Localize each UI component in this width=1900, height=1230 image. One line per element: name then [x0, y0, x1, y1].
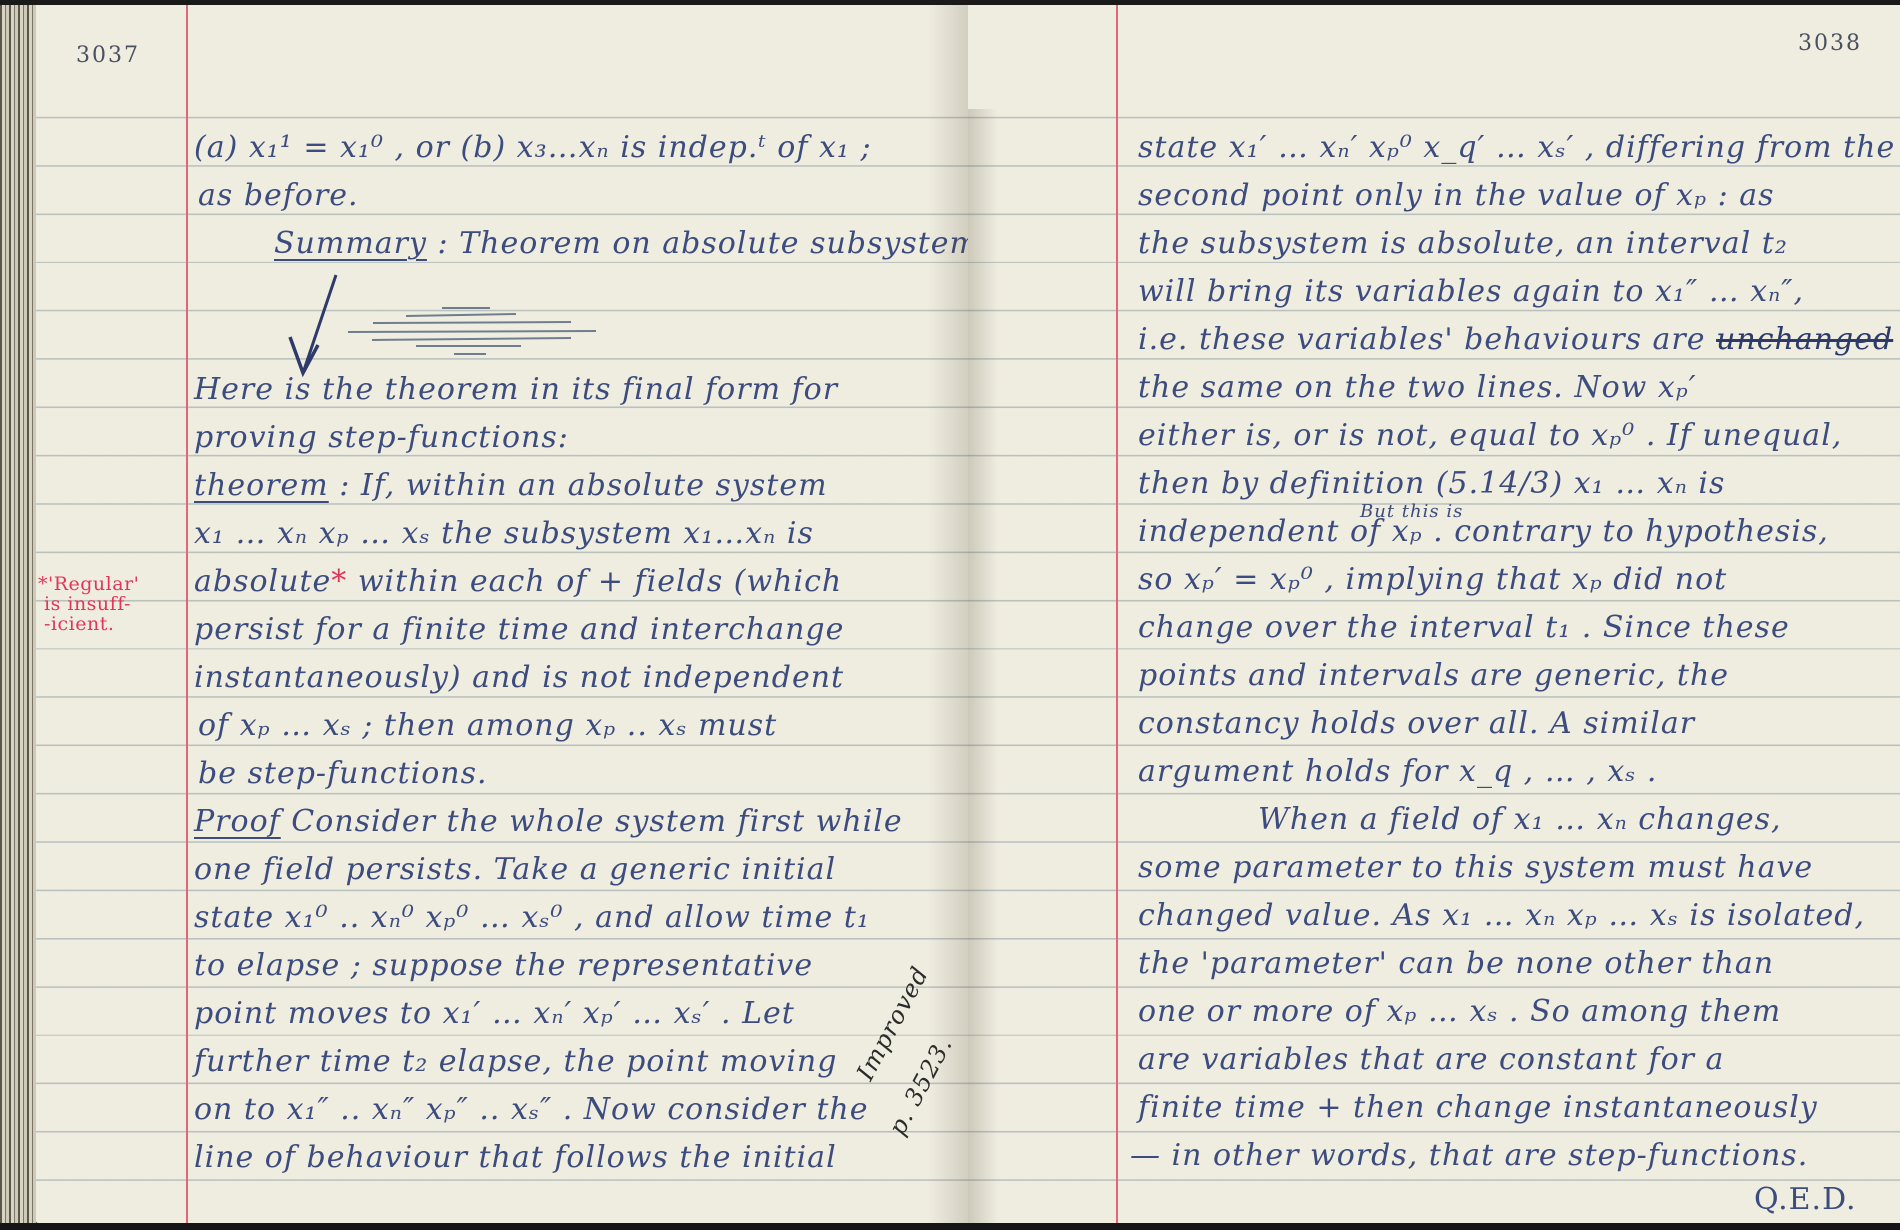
text-line: state x₁⁰ .. xₙ⁰ xₚ⁰ … xₛ⁰ , and allow t…	[194, 903, 870, 933]
theorem-heading: theorem	[194, 468, 329, 503]
qed: Q.E.D.	[1754, 1185, 1857, 1215]
text-line: independent of xₚ . contrary to hypothes…	[1138, 517, 1829, 547]
text-line: the subsystem is absolute, an interval t…	[1138, 229, 1788, 259]
summary-line: Summary : Theorem on absolute subsystems…	[274, 229, 1006, 259]
text-line: Here is the theorem in its final form fo…	[194, 375, 838, 405]
text-line: i.e. these variables' behaviours are unc…	[1138, 325, 1893, 355]
summary-heading: Summary	[274, 226, 427, 261]
text-line: points and intervals are generic, the	[1138, 661, 1729, 691]
text-line: change over the interval t₁ . Since thes…	[1138, 613, 1790, 643]
text-line: finite time + then change instantaneousl…	[1138, 1093, 1818, 1123]
text-line: so xₚ′ = xₚ⁰ , implying that xₚ did not	[1138, 565, 1727, 595]
proof-line: Proof Consider the whole system first wh…	[194, 807, 903, 837]
text-line: be step-functions.	[198, 759, 488, 789]
text-line: persist for a finite time and interchang…	[194, 615, 844, 645]
right-page: 3038 state x₁′ … xₙ′ xₚ⁰ x_q′ … xₛ′ , di…	[968, 5, 1900, 1223]
margin-note-line-3: -icient.	[44, 615, 114, 634]
text-line: point moves to x₁′ … xₙ′ xₚ′ … xₛ′ . Let	[194, 999, 795, 1029]
text-line: line of behaviour that follows the initi…	[194, 1143, 837, 1173]
text-line: absolute* within each of + fields (which	[194, 567, 842, 597]
notebook-spread: 3037 *'Regular' is insuff- -icient. (a) …	[0, 0, 1900, 1230]
text-line: either is, or is not, equal to xₚ⁰ . If …	[1138, 421, 1842, 451]
text-line: constancy holds over all. A similar	[1138, 709, 1695, 739]
text-line: one field persists. Take a generic initi…	[194, 855, 836, 885]
text-line: of xₚ … xₛ ; then among xₚ .. xₛ must	[198, 711, 777, 741]
gutter-note-line-2: p. 3523.	[885, 1033, 957, 1139]
text-line: one or more of xₚ … xₛ . So among them	[1138, 997, 1781, 1027]
text-line: proving step-functions:	[194, 423, 569, 453]
page-number-left: 3037	[76, 45, 140, 67]
text-line: (a) x₁¹ = x₁⁰ , or (b) x₃…xₙ is indep.ᵗ …	[194, 133, 872, 163]
scribble-lines	[348, 308, 596, 354]
text-line: to elapse ; suppose the representative	[194, 951, 813, 981]
text-line: will bring its variables again to x₁″ … …	[1138, 277, 1804, 307]
down-arrow-icon	[290, 275, 336, 373]
right-margin-line	[1116, 5, 1118, 1223]
left-margin-line	[186, 5, 188, 1223]
page-edge-stack	[0, 5, 36, 1225]
text-line: second point only in the value of xₚ : a…	[1138, 181, 1775, 211]
struck-word: unchanged	[1716, 322, 1893, 357]
page-number-right: 3038	[1798, 33, 1862, 55]
proof-heading: Proof	[194, 804, 281, 839]
text-line: on to x₁″ .. xₙ″ xₚ″ .. xₛ″ . Now consid…	[194, 1095, 868, 1125]
left-page: 3037 *'Regular' is insuff- -icient. (a) …	[36, 5, 968, 1223]
text-line: When a field of x₁ … xₙ changes,	[1258, 805, 1782, 835]
red-asterisk: *	[331, 564, 347, 599]
margin-note-line-1: *'Regular'	[38, 575, 139, 594]
text-line: as before.	[198, 181, 359, 211]
text-line: argument holds for x_q , … , xₛ .	[1138, 757, 1657, 787]
scan-bottom-edge	[0, 1223, 1900, 1230]
text-line: the 'parameter' can be none other than	[1138, 949, 1774, 979]
text-line: some parameter to this system must have	[1138, 853, 1813, 883]
text-line: are variables that are constant for a	[1138, 1045, 1724, 1075]
text-line: instantaneously) and is not independent	[194, 663, 844, 693]
text-line: — in other words, that are step-function…	[1130, 1141, 1808, 1171]
text-line: further time t₂ elapse, the point moving	[194, 1047, 837, 1077]
text-line: changed value. As x₁ … xₙ xₚ … xₛ is iso…	[1138, 901, 1865, 931]
text-line: then by definition (5.14/3) x₁ … xₙ is	[1138, 469, 1725, 499]
text-line: the same on the two lines. Now xₚ′	[1138, 373, 1697, 403]
text-line: state x₁′ … xₙ′ xₚ⁰ x_q′ … xₛ′ , differi…	[1138, 133, 1895, 163]
theorem-line: theorem : If, within an absolute system	[194, 471, 828, 501]
text-line: x₁ … xₙ xₚ … xₛ the subsystem x₁…xₙ is	[194, 519, 814, 549]
margin-note-line-2: is insuff-	[44, 595, 131, 614]
arrow-and-scribble-drawing	[286, 265, 686, 385]
